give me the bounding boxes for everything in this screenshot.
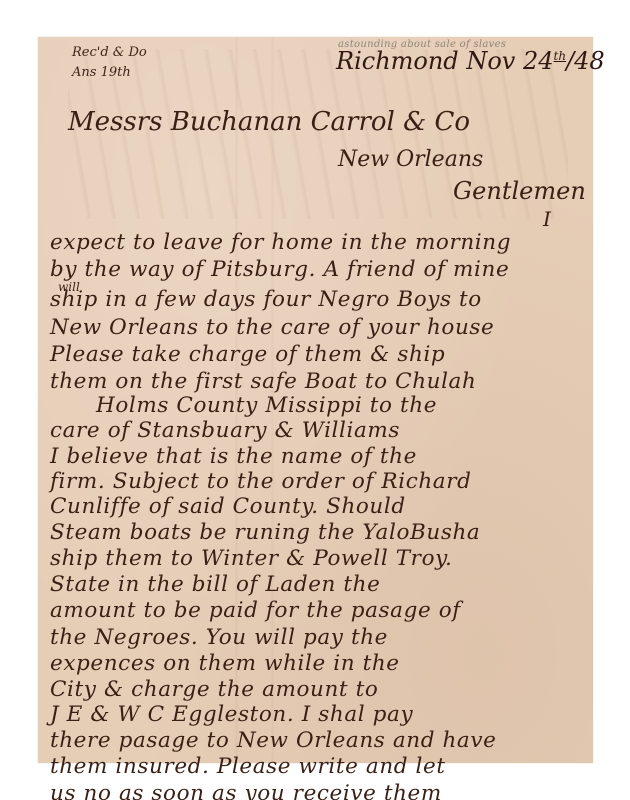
dateline-place: Richmond <box>336 47 459 75</box>
body-line: New Orleans to the care of your house <box>50 315 494 340</box>
docket-line: Ans 19th <box>72 63 147 83</box>
body-line: us no as soon as you receive them <box>50 781 442 800</box>
body-line: them on the first safe Boat to Chulah <box>50 369 476 394</box>
body-line: J E & W C Eggleston. I shal pay <box>50 702 413 727</box>
body-line: City & charge the amount to <box>50 677 378 702</box>
letter-page: astounding about sale of slaves Rec'd & … <box>38 37 593 763</box>
body-line: Steam boats be runing the YaloBusha <box>50 520 480 545</box>
dateline: Richmond Nov 24th/48 <box>336 47 605 75</box>
body-line: expences on them while in the <box>50 651 400 676</box>
body-line: ship in a few days four Negro Boys to <box>50 287 482 312</box>
dateline-year: /48 <box>566 47 605 75</box>
body-line: the Negroes. You will pay the <box>50 625 388 650</box>
addressee-name: Messrs Buchanan Carrol & Co <box>68 107 470 137</box>
body-line: care of Stansbuary & Williams <box>50 418 400 443</box>
body-line: I believe that is the name of the <box>50 444 417 469</box>
body-line: expect to leave for home in the morning <box>50 230 511 255</box>
body-line: Please take charge of them & ship <box>50 342 445 367</box>
addressee-city: New Orleans <box>338 147 483 172</box>
docket-line: Rec'd & Do <box>72 43 147 63</box>
docket-notation: Rec'd & Do Ans 19th <box>72 43 147 83</box>
salutation: Gentlemen <box>453 177 586 205</box>
body-line: Cunliffe of said County. Should <box>50 494 406 519</box>
body-line: amount to be paid for the pasage of <box>50 598 461 623</box>
dateline-date: Nov 24 <box>466 47 553 75</box>
body-line: Holms County Missippi to the <box>96 393 437 418</box>
body-line: ship them to Winter & Powell Troy. <box>50 546 452 571</box>
body-line: firm. Subject to the order of Richard <box>50 469 471 494</box>
body-line: there pasage to New Orleans and have <box>50 728 496 753</box>
body-line: them insured. Please write and let <box>50 754 446 779</box>
dateline-suffix: th <box>554 49 567 63</box>
body-line: State in the bill of Laden the <box>50 572 380 597</box>
opening-word: I <box>543 207 551 231</box>
body-line: by the way of Pitsburg. A friend of mine <box>50 257 509 282</box>
